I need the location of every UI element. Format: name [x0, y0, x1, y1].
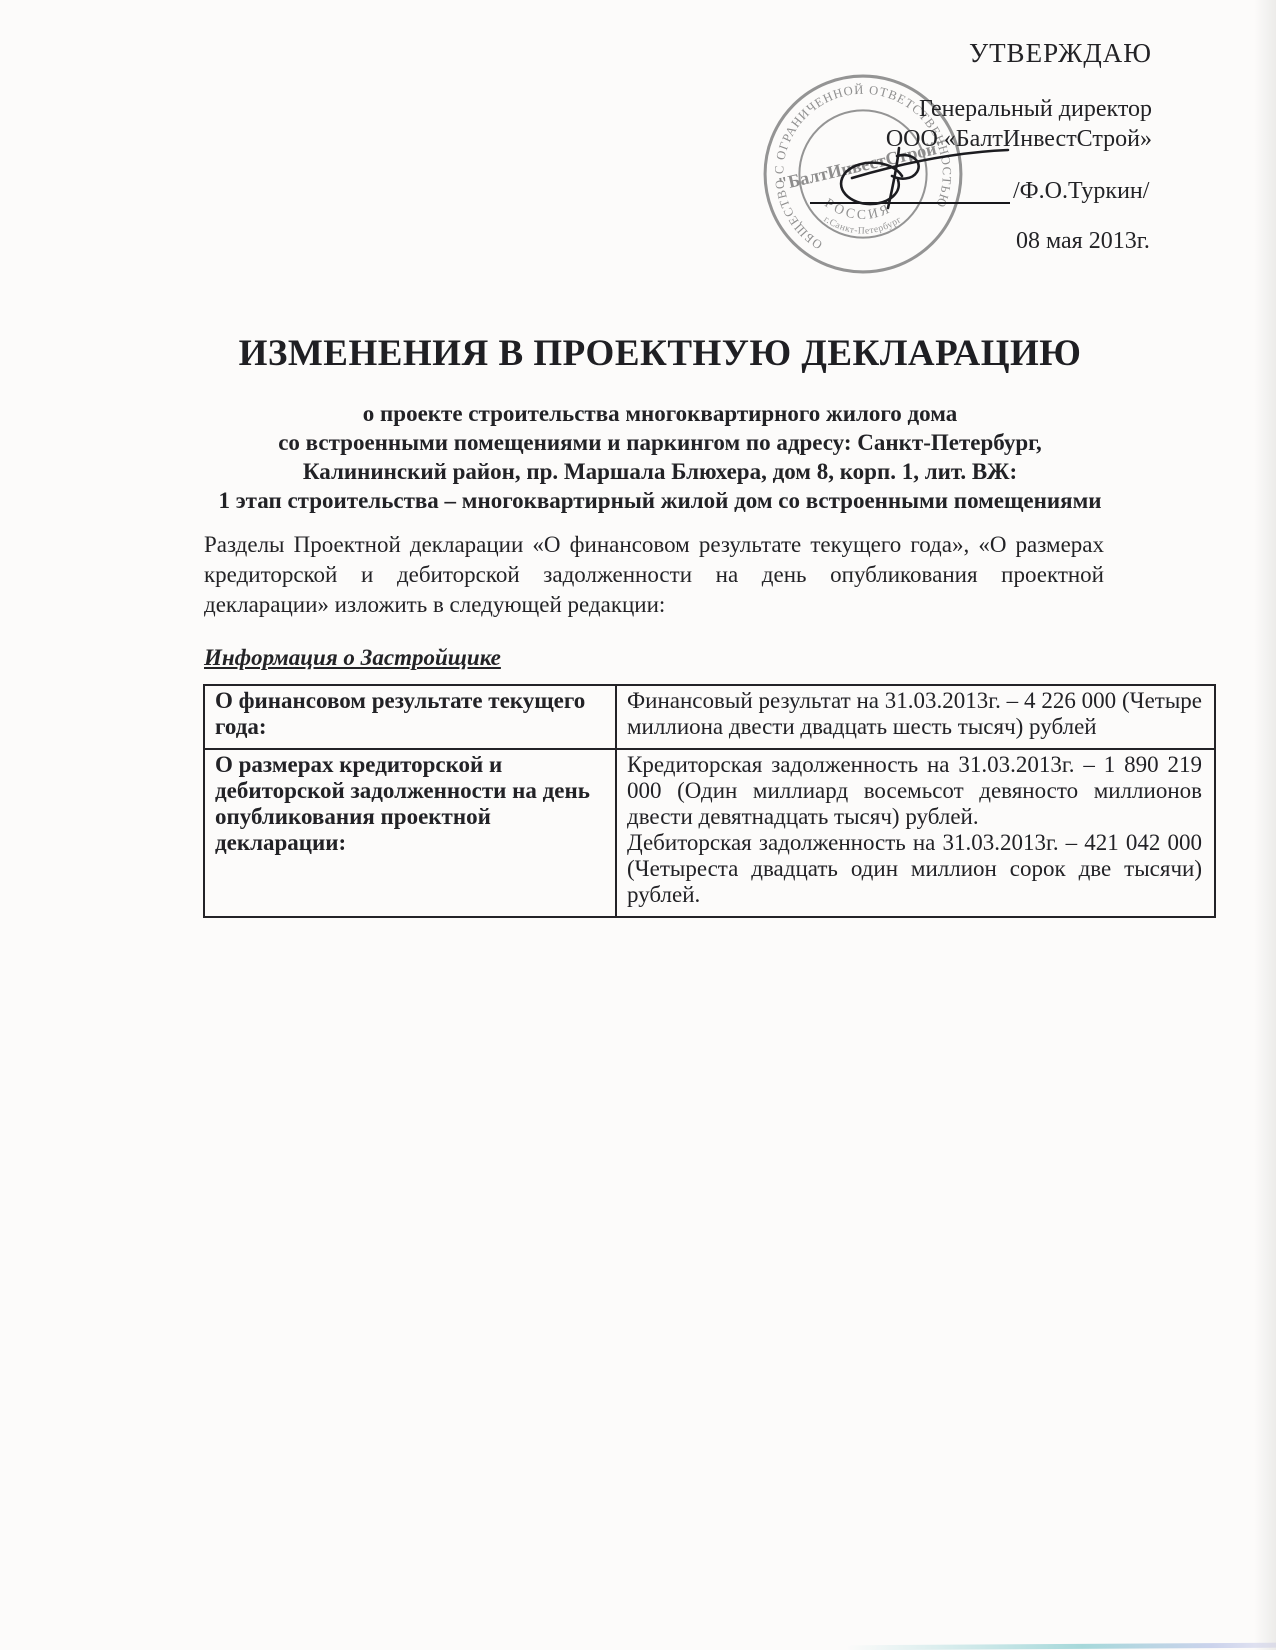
row-value-debts: Кредиторская задолженность на 31.03.2013… [616, 749, 1215, 917]
declaration-table: О финансовом результате текущего года: Ф… [203, 684, 1216, 918]
value-paragraph: Финансовый результат на 31.03.2013г. – 4… [627, 688, 1202, 740]
table-row: О финансовом результате текущего года: Ф… [204, 685, 1215, 749]
signature-scrawl [780, 120, 1040, 230]
row-value-financial-result: Финансовый результат на 31.03.2013г. – 4… [616, 685, 1215, 749]
value-paragraph: Дебиторская задолженность на 31.03.2013г… [627, 830, 1202, 908]
document-subtitle: о проекте строительства многоквартирного… [150, 399, 1170, 515]
scanned-document-page: УТВЕРЖДАЮ Генеральный директор ООО «Балт… [0, 0, 1276, 1650]
subtitle-line: о проекте строительства многоквартирного… [150, 399, 1170, 428]
subtitle-line: 1 этап строительства – многоквартирный ж… [150, 486, 1170, 515]
subtitle-line: со встроенными помещениями и паркингом п… [150, 428, 1170, 457]
row-label-debts: О размерах кредиторской и дебиторской за… [204, 749, 616, 917]
table-row: О размерах кредиторской и дебиторской за… [204, 749, 1215, 917]
subtitle-line: Калининский район, пр. Маршала Блюхера, … [150, 457, 1170, 486]
approval-label: УТВЕРЖДАЮ [969, 38, 1152, 69]
document-title: ИЗМЕНЕНИЯ В ПРОЕКТНУЮ ДЕКЛАРАЦИЮ [150, 332, 1170, 375]
scanner-edge-line [846, 1643, 1276, 1650]
document-date: 08 мая 2013г. [1016, 228, 1150, 255]
paper-edge-shadow [1254, 0, 1276, 1650]
value-paragraph: Кредиторская задолженность на 31.03.2013… [627, 752, 1202, 830]
intro-paragraph: Разделы Проектной декларации «О финансов… [204, 530, 1104, 620]
row-label-financial-result: О финансовом результате текущего года: [204, 685, 616, 749]
section-heading: Информация о Застройщике [204, 645, 501, 671]
